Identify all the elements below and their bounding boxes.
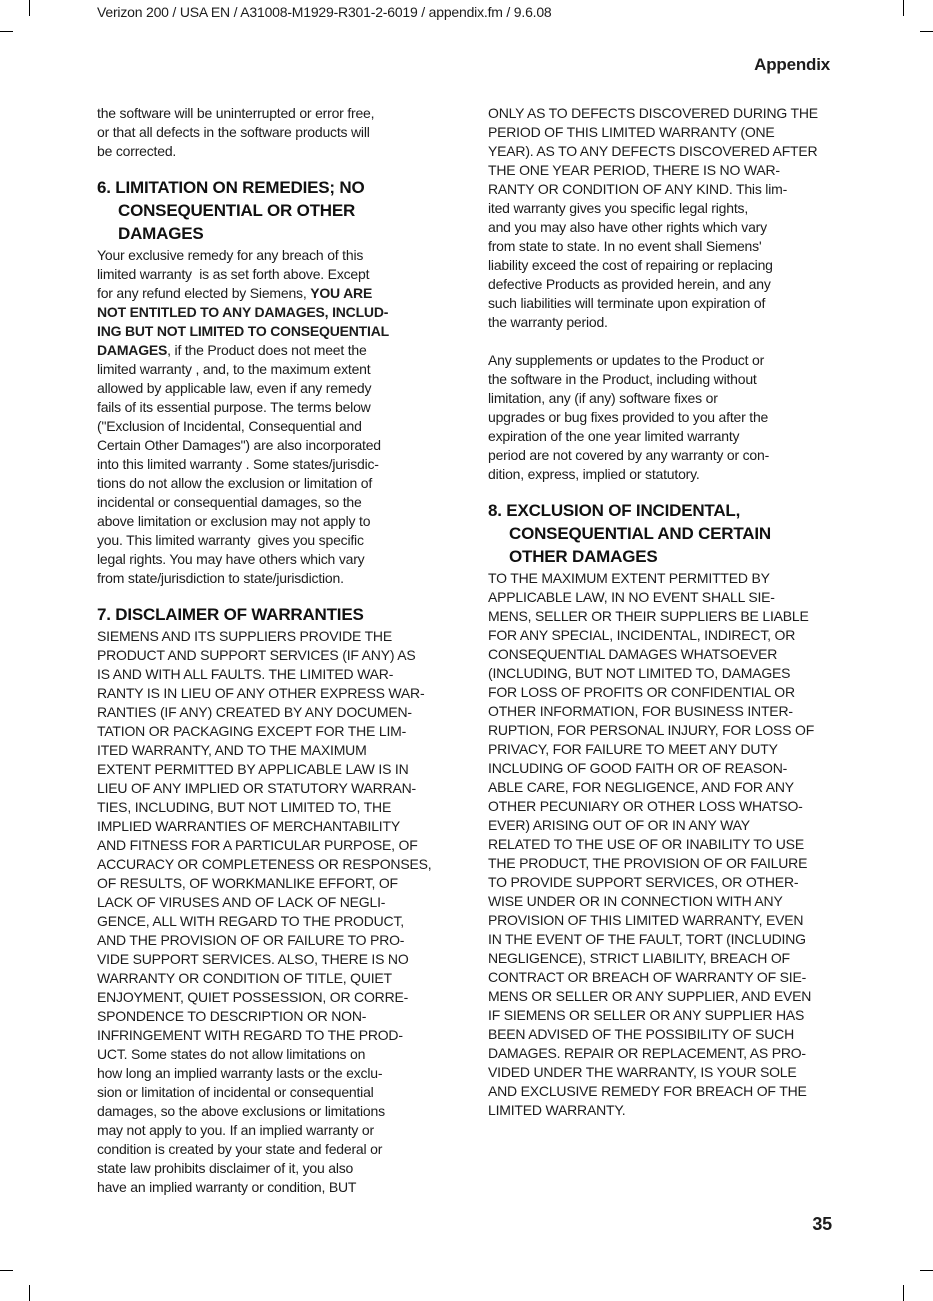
page-number: 35 — [812, 1214, 832, 1235]
paragraph-supplements-updates: Any supplements or updates to the Produc… — [488, 351, 832, 484]
paragraph-exclusive-remedy: Your exclusive remedy for any breach of … — [97, 246, 441, 588]
heading-8-exclusion-of-damages: 8. EXCLUSION OF INCIDENTAL, CONSEQUENTIA… — [488, 499, 832, 568]
paragraph-disclaimer-body: SIEMENS AND ITS SUPPLIERS PROVIDE THE PR… — [97, 627, 441, 1197]
paragraph-software-continuation: the software will be uninterrupted or er… — [97, 104, 441, 161]
heading-6-limitation-on-remedies: 6. LIMITATION ON REMEDIES; NO CONSEQUENT… — [97, 176, 441, 245]
crop-mark-bottom-left-vertical — [29, 1285, 30, 1301]
left-column: the software will be uninterrupted or er… — [97, 104, 441, 1197]
two-column-text-body: the software will be uninterrupted or er… — [97, 104, 832, 1197]
crop-mark-top-right-vertical — [903, 0, 904, 16]
crop-mark-bottom-right-vertical — [903, 1285, 904, 1301]
paragraph-defects-discovered: ONLY AS TO DEFECTS DISCOVERED DURING THE… — [488, 104, 832, 332]
paragraph-segment: , if the Product does not meet the limit… — [97, 342, 381, 586]
crop-mark-bottom-left-horizontal — [0, 1270, 13, 1271]
right-column: ONLY AS TO DEFECTS DISCOVERED DURING THE… — [488, 104, 832, 1197]
paragraph-exclusion-body: TO THE MAXIMUM EXTENT PERMITTED BY APPLI… — [488, 569, 832, 1120]
crop-mark-bottom-right-horizontal — [920, 1270, 933, 1271]
heading-7-disclaimer-of-warranties: 7. DISCLAIMER OF WARRANTIES — [97, 603, 441, 626]
section-title-appendix: Appendix — [754, 55, 830, 75]
crop-mark-top-left-horizontal — [0, 31, 13, 32]
crop-mark-top-left-vertical — [29, 0, 30, 16]
crop-mark-top-right-horizontal — [920, 31, 933, 32]
document-file-path-header: Verizon 200 / USA EN / A31008-M1929-R301… — [97, 3, 552, 21]
